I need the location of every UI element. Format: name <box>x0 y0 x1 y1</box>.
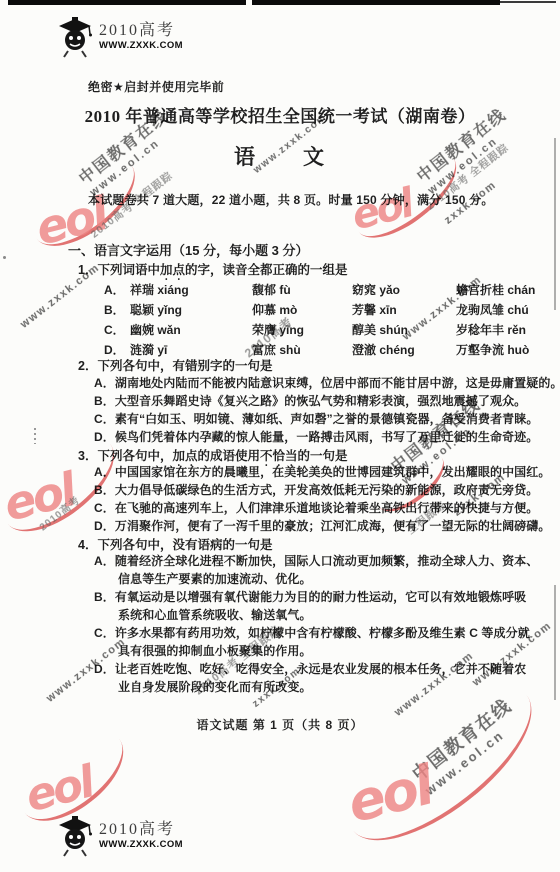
zxxk-mascot-icon <box>56 814 94 858</box>
q1-rowB-word3: 芳馨 xīn <box>352 301 456 321</box>
q4-option-b-line2: 系统和心血管系统吸收、输送氧气。 <box>118 606 312 623</box>
q2-option-d: D．候鸟们凭着体内孕藏的惊人能量，一路搏击风雨，书写了万里迁徙的生命奇迹。 <box>94 428 538 445</box>
document-content: 2010高考 WWW.ZXXK.COM 绝密★启封并使用完毕前 2010 年普通… <box>0 0 560 872</box>
exam-info-line: 本试题卷共 7 道大题，22 道小题，共 8 页。时量 150 分钟，满分 15… <box>88 191 494 208</box>
q4-option-a-line2: 信息等生产要素的加速流动、优化。 <box>118 570 312 587</box>
brand-text: 2010高考 <box>99 22 183 40</box>
q1-rowB-word2: 仰慕 mò <box>252 301 352 321</box>
q3-option-d: D．万涓聚作河，便有了一泻千里的豪放；江河汇成海，便有了一望无际的壮阔磅礴。 <box>94 517 550 534</box>
q4-option-d-line1: D．让老百姓吃饱、吃好、吃得安全，永远是农业发展的根本任务，它并不随着农 <box>94 660 526 677</box>
brand-text: 2010高考 <box>99 821 183 839</box>
q3-option-a: A．中国国家馆在东方的晨曦里，在美轮美奂的世博园建筑群中，发出耀眼的中国红。 <box>94 463 550 480</box>
exam-title: 2010 年普通高等学校招生全国统一考试（湖南卷） <box>0 102 560 127</box>
q3-stem-p1: 3．下列各句中， <box>78 449 172 463</box>
zxxk-logo-bottom: 2010高考 WWW.ZXXK.COM <box>56 814 183 858</box>
q4-option-b-line1: B．有氧运动是以增强有氧代谢能力为目的的耐力性运动，它可以有效地锻炼呼吸 <box>94 588 526 605</box>
q1-rowB-word4: 龙驹凤雏 chú <box>456 301 535 321</box>
q2-stem: 2．下列各句中，有错别字的一句是 <box>78 356 272 374</box>
q1-stem: 1．下列词语中加点的字，读音全都正确的一组是 <box>78 260 347 283</box>
q1-rowC-label: C． <box>104 321 130 341</box>
q1-stem-pre: 1．下列词语中 <box>78 263 160 277</box>
q4-option-a-line1: A．随着经济全球化进程不断加快，国际人口流动更加频繁，推动全球人力、资本、 <box>94 552 538 569</box>
q1-rowB-label: B． <box>104 301 130 321</box>
brand-site-url: WWW.ZXXK.COM <box>99 41 183 52</box>
q1-stem-post: 的字，读音全都正确的一组是 <box>185 263 348 277</box>
q4-stem: 4．下列各句中，没有语病的一句是 <box>78 535 272 553</box>
brand-site-url: WWW.ZXXK.COM <box>99 840 183 851</box>
q1-rowA-word3: 窈窕 yǎo <box>352 281 456 301</box>
q1-rowC-word4: 岁稔年丰 rěn <box>456 321 535 341</box>
q1-stem-dotted: 加点 <box>160 263 185 277</box>
q4-option-c-line2: 具有很强的抑制血小板聚集的作用。 <box>118 642 312 659</box>
zxxk-logo-top: 2010高考 WWW.ZXXK.COM <box>56 15 183 59</box>
footer-page-label: 语文试题 第 1 页（共 8 页） <box>0 716 560 733</box>
q1-rowC-word3: 醇美 shún <box>352 321 456 341</box>
q1-rowA-word1: 祥瑞 xiáng <box>130 281 252 301</box>
q3-stem-dotted1: 加点 <box>172 449 197 463</box>
q3-stem-p3: 的一句是 <box>298 449 348 463</box>
q1-rowB-word1: 聪颖 yǐng <box>130 301 252 321</box>
q2-option-a: A．湖南地处内陆而不能被内陆意识束缚，位居中部而不能甘居中游，这是毋庸置疑的。 <box>94 374 560 391</box>
scanned-exam-page: 2010高考 WWW.ZXXK.COM 绝密★启封并使用完毕前 2010 年普通… <box>0 0 560 872</box>
q1-options-grid: A． 祥瑞 xiáng 馥郁 fù 窈窕 yǎo 蟾宫折桂 chán B． 聪颖… <box>104 281 535 361</box>
q4-option-d-line2: 业自身发展阶段的变化而有所改变。 <box>118 678 312 695</box>
q1-rowC-word2: 荣膺 yīng <box>252 321 352 341</box>
q1-rowA-word2: 馥郁 fù <box>252 281 352 301</box>
q1-rowA-label: A． <box>104 281 130 301</box>
q3-stem-p2: 的成语使用 <box>197 449 260 463</box>
q3-option-c: C．在飞驰的高速列车上，人们津津乐道地谈论着乘坐高铁出行带来的快捷与方便。 <box>94 499 538 516</box>
q4-option-c-line1: C．许多水果都有药用功效，如柠檬中含有柠檬酸、柠檬多酚及维生素 C 等成分就 <box>94 624 530 641</box>
q1-rowC-word1: 幽婉 wǎn <box>130 321 252 341</box>
q3-stem-dotted2: 不恰当 <box>260 449 298 463</box>
q1-rowA-word4: 蟾宫折桂 chán <box>456 281 535 301</box>
section1-heading: 一、语言文字运用（15 分，每小题 3 分） <box>68 240 309 259</box>
subject-title: 语 文 <box>0 141 560 171</box>
q2-option-c: C．素有“白如玉、明如镜、薄如纸、声如磬”之誉的景德镇瓷器，备受消费者青睐。 <box>94 410 538 427</box>
q3-option-b: B．大力倡导低碳绿色的生活方式，开发高效低耗无污染的新能源，政府责无旁贷。 <box>94 481 538 498</box>
zxxk-mascot-icon <box>56 15 94 59</box>
q2-option-b: B．大型音乐舞蹈史诗《复兴之路》的恢弘气势和精彩表演，强烈地震撼了观众。 <box>94 392 526 409</box>
secrecy-label: 绝密★启封并使用完毕前 <box>88 78 224 95</box>
q1-rowD-word4: 万壑争流 huò <box>456 341 535 361</box>
q1-rowD-word3: 澄澈 chéng <box>352 341 456 361</box>
